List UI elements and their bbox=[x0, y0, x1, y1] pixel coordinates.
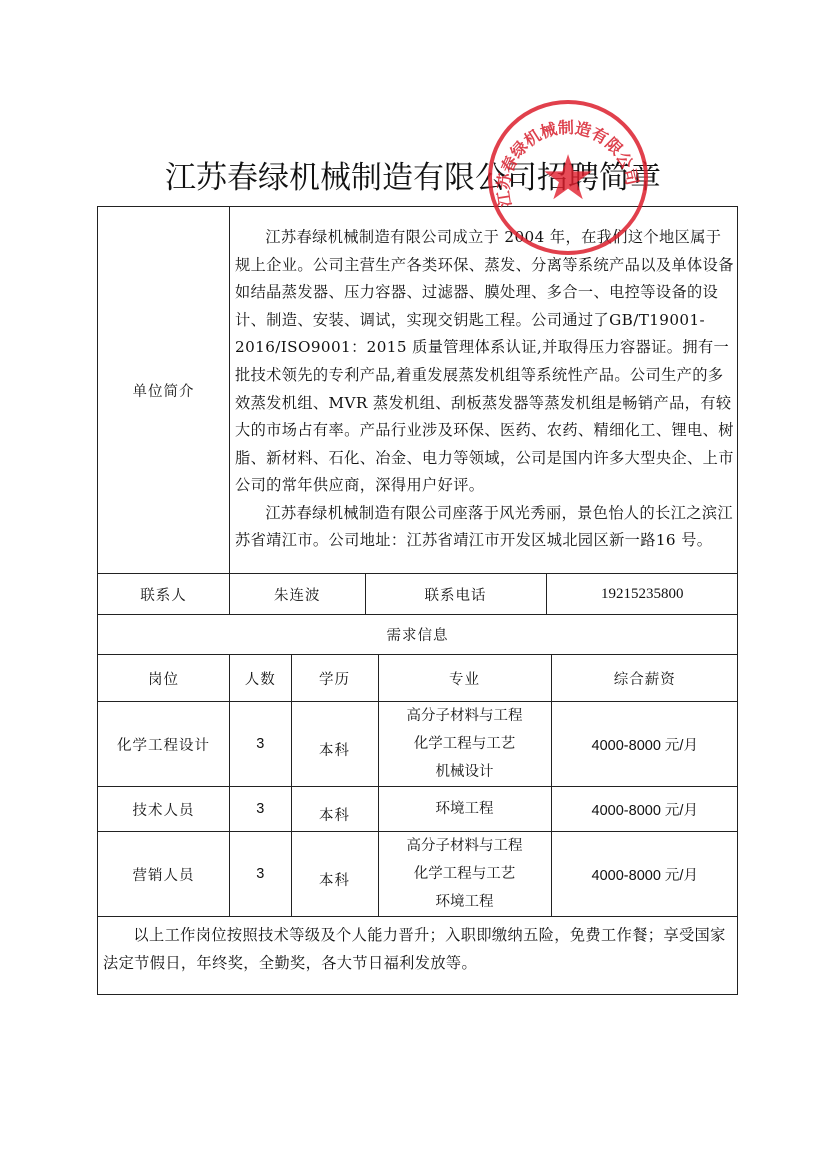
job-salary: 4000-8000 元/月 bbox=[551, 702, 738, 786]
job-education: 本科 bbox=[319, 729, 350, 760]
job-education-cell: 本科 bbox=[291, 787, 378, 831]
header-salary: 综合薪资 bbox=[551, 655, 738, 701]
job-count: 3 bbox=[230, 787, 291, 831]
job-major: 环境工程 bbox=[379, 888, 551, 916]
job-majors: 环境工程 bbox=[378, 787, 551, 831]
job-details: 3 本科 环境工程 4000-8000 元/月 bbox=[230, 787, 738, 832]
job-count: 3 bbox=[230, 832, 291, 916]
header-major: 专业 bbox=[378, 655, 551, 701]
job-education: 本科 bbox=[319, 794, 350, 825]
header-position: 岗位 bbox=[98, 655, 230, 702]
job-table-header: 岗位 人数 学历 专业 综合薪资 bbox=[98, 655, 738, 702]
benefits-note: 以上工作岗位按照技术等级及个人能力晋升；入职即缴纳五险，免费工作餐；享受国家法定… bbox=[103, 921, 734, 977]
job-row: 化学工程设计 3 本科 高分子材料与工程 化学工程与工艺 机械设计 bbox=[98, 702, 738, 787]
job-details: 3 本科 高分子材料与工程 化学工程与工艺 机械设计 4000-8000 元/月 bbox=[230, 702, 738, 787]
contact-details: 朱连波 联系电话 19215235800 bbox=[230, 574, 738, 615]
job-major: 机械设计 bbox=[379, 758, 551, 786]
contact-person-label: 联系人 bbox=[98, 574, 230, 615]
benefits-row: 以上工作岗位按照技术等级及个人能力晋升；入职即缴纳五险，免费工作餐；享受国家法定… bbox=[98, 917, 738, 995]
job-position: 技术人员 bbox=[98, 787, 230, 832]
recruitment-table: 单位简介 江苏春绿机械制造有限公司成立于 2004 年，在我们这个地区属于规上企… bbox=[97, 206, 738, 995]
demand-section-row: 需求信息 bbox=[98, 615, 738, 655]
header-count: 人数 bbox=[230, 655, 291, 701]
job-education-cell: 本科 bbox=[291, 832, 378, 916]
intro-paragraph-1: 江苏春绿机械制造有限公司成立于 2004 年，在我们这个地区属于规上企业。公司主… bbox=[235, 224, 734, 500]
job-position: 营销人员 bbox=[98, 832, 230, 917]
intro-paragraph-2: 江苏春绿机械制造有限公司座落于风光秀丽，景色怡人的长江之滨江苏省靖江市。公司地址… bbox=[235, 500, 734, 555]
job-salary: 4000-8000 元/月 bbox=[551, 832, 738, 916]
job-major: 高分子材料与工程 bbox=[379, 702, 551, 730]
job-majors: 高分子材料与工程 化学工程与工艺 环境工程 bbox=[378, 832, 551, 916]
job-major: 化学工程与工艺 bbox=[379, 730, 551, 758]
intro-content: 江苏春绿机械制造有限公司成立于 2004 年，在我们这个地区属于规上企业。公司主… bbox=[230, 207, 738, 574]
job-education-cell: 本科 bbox=[291, 702, 378, 786]
job-major: 环境工程 bbox=[379, 795, 551, 823]
job-details: 3 本科 高分子材料与工程 化学工程与工艺 环境工程 4000-8000 元/月 bbox=[230, 832, 738, 917]
contact-person-value: 朱连波 bbox=[230, 574, 365, 614]
job-row: 营销人员 3 本科 高分子材料与工程 化学工程与工艺 环境工程 bbox=[98, 832, 738, 917]
job-major: 化学工程与工艺 bbox=[379, 860, 551, 888]
job-education: 本科 bbox=[319, 859, 350, 890]
header-rest: 人数 学历 专业 综合薪资 bbox=[230, 655, 738, 702]
job-major: 高分子材料与工程 bbox=[379, 832, 551, 860]
header-education: 学历 bbox=[291, 655, 378, 701]
contact-phone-value: 19215235800 bbox=[546, 574, 738, 614]
job-majors: 高分子材料与工程 化学工程与工艺 机械设计 bbox=[378, 702, 551, 786]
intro-label: 单位简介 bbox=[98, 207, 230, 574]
document-title: 江苏春绿机械制造有限公司招聘简章 bbox=[0, 152, 826, 197]
job-row: 技术人员 3 本科 环境工程 4000-8000 元/月 bbox=[98, 787, 738, 832]
contact-row: 联系人 朱连波 联系电话 19215235800 bbox=[98, 574, 738, 615]
job-salary: 4000-8000 元/月 bbox=[551, 787, 738, 831]
demand-section-label: 需求信息 bbox=[98, 615, 738, 655]
contact-phone-label: 联系电话 bbox=[365, 574, 546, 614]
benefits-cell: 以上工作岗位按照技术等级及个人能力晋升；入职即缴纳五险，免费工作餐；享受国家法定… bbox=[98, 917, 738, 995]
intro-row: 单位简介 江苏春绿机械制造有限公司成立于 2004 年，在我们这个地区属于规上企… bbox=[98, 207, 738, 574]
job-count: 3 bbox=[230, 702, 291, 786]
job-position: 化学工程设计 bbox=[98, 702, 230, 787]
